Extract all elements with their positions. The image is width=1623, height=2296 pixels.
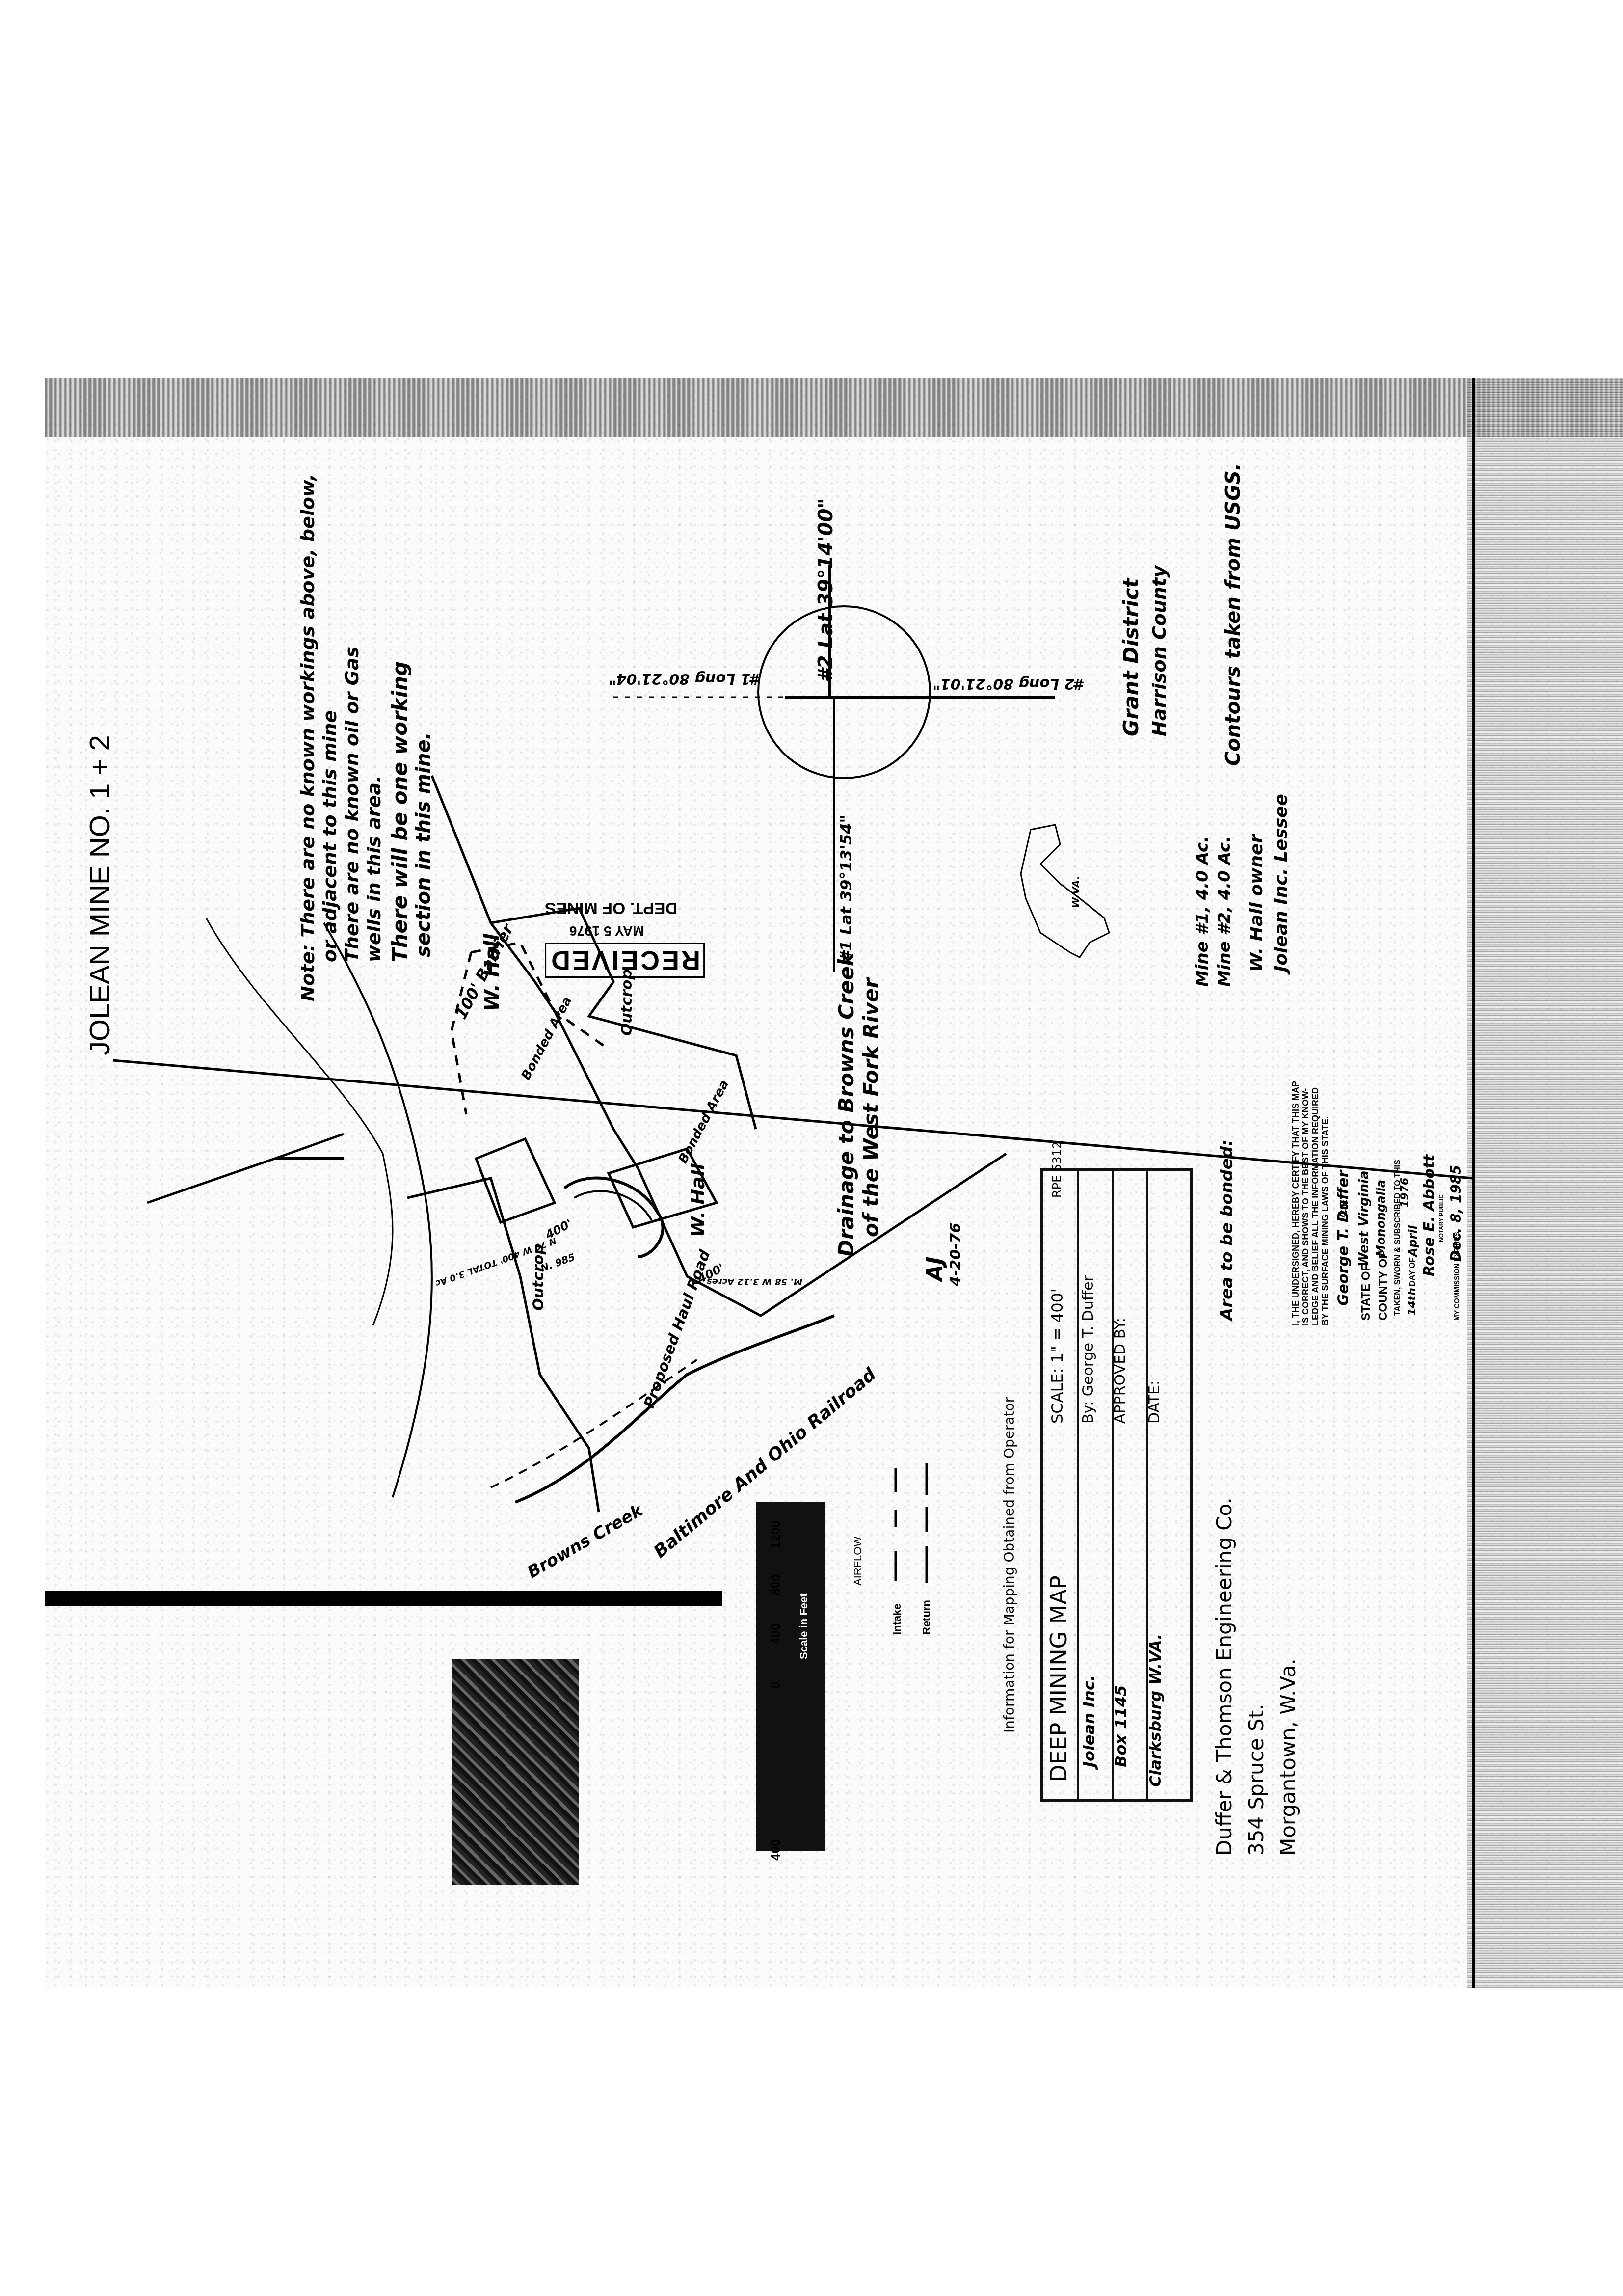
title-block-city: Clarksburg W.VA. xyxy=(1146,1634,1165,1787)
title-block-company: Jolean Inc. xyxy=(1080,1675,1098,1767)
county-label: Harrison County xyxy=(1148,566,1170,736)
notary-label: NOTARY PUBLIC xyxy=(1438,1194,1445,1242)
contours-note: Contours taken from USGS. xyxy=(1222,463,1245,766)
owner-line: W. Hall owner xyxy=(1247,835,1267,972)
title-block-heading: DEEP MINING MAP xyxy=(1045,1575,1072,1782)
airflow-legend-title: AIRFLOW xyxy=(851,1537,864,1586)
cert-line-4: BY THE SURFACE MINING LAWS OF THIS STATE… xyxy=(1320,1116,1330,1325)
commission-value: Dec. 8, 1985 xyxy=(1448,1165,1464,1262)
engineer-city: Morgantown, W.Va. xyxy=(1276,1658,1300,1856)
district-label: Grant District xyxy=(1119,578,1143,736)
stamp-date: MAY 5 1976 xyxy=(569,923,644,939)
title-block-approved: APPROVED BY: xyxy=(1112,1318,1129,1424)
info-line: Information for Mapping Obtained from Op… xyxy=(1001,1397,1017,1733)
cert-month: April xyxy=(1406,1225,1420,1257)
bonded-heading: Area to be bonded: xyxy=(1217,1139,1237,1321)
note-line-2: or adjacent to this mine xyxy=(319,710,341,962)
title-block-date: DATE: xyxy=(1146,1380,1163,1424)
map-title: JOLEAN MINE NO. 1 + 2 xyxy=(83,735,116,1055)
cert-county-value: Monongalia xyxy=(1374,1180,1388,1257)
long-2-label: #2 Long 80°21'01" xyxy=(932,675,1085,692)
cert-suffix: C.E. xyxy=(1337,1196,1350,1217)
return-label: Return xyxy=(920,1600,933,1635)
acreage-label-2: M. 58 W 3.12 Acres xyxy=(707,1276,802,1287)
cert-day: 14th xyxy=(1406,1288,1418,1316)
lat-2-label: #2 Lat 39°14'00" xyxy=(815,498,837,682)
scale-label-400-neg: 400 xyxy=(768,1839,783,1861)
owner-label-2: W. Hall xyxy=(687,1163,709,1237)
bonded-mine-1: Mine #1, 4.0 Ac. xyxy=(1193,836,1212,987)
photo-block xyxy=(452,1659,579,1885)
note-line-4: wells in this area. xyxy=(363,776,385,962)
title-block-reg: RPE 5312 xyxy=(1050,1141,1064,1198)
notary-signature: Rose E. Abbott xyxy=(1421,1154,1438,1276)
engineer-firm: Duffer & Thomson Engineering Co. xyxy=(1212,1497,1236,1856)
title-block-box: Box 1145 xyxy=(1112,1685,1130,1767)
scale-bar xyxy=(756,1502,825,1851)
scale-caption: Scale in Feet xyxy=(798,1593,810,1659)
cert-signature: George T. Duffer xyxy=(1335,1170,1352,1306)
drainage-line-1: Drainage to Browns Creek xyxy=(834,952,858,1257)
initials: AJ xyxy=(923,1257,948,1281)
note-line-5: There will be one working xyxy=(388,661,412,962)
lessee-line: Jolean Inc. Lessee xyxy=(1271,794,1291,972)
map-linework xyxy=(0,0,1623,2296)
bonded-mine-2: Mine #2, 4.0 Ac. xyxy=(1215,836,1234,987)
title-block-scale: SCALE: 1" = 400' xyxy=(1048,1288,1066,1424)
outcrop-label-1: Outcrop xyxy=(618,969,636,1036)
lat-1-label: #1 Lat 39°13'54" xyxy=(837,815,855,962)
stamp-dept: DEPT. OF MINES xyxy=(545,898,677,918)
scale-label-0: 0 xyxy=(768,1682,783,1689)
scale-label-800: 800 xyxy=(768,1574,783,1595)
cert-state-label: STATE OF xyxy=(1359,1264,1373,1321)
state-inset-label: W.VA. xyxy=(1070,876,1082,909)
cert-county-label: COUNTY OF xyxy=(1377,1251,1390,1321)
note-line-6: section in this mine. xyxy=(412,732,435,957)
scale-label-400: 400 xyxy=(768,1623,783,1645)
drainage-line-2: of the West Fork River xyxy=(859,978,883,1237)
cert-day-of: DAY OF xyxy=(1409,1257,1417,1286)
note-line-1: Note: There are no known workings above,… xyxy=(297,474,319,1001)
cert-year: 1976 xyxy=(1399,1178,1411,1208)
long-1-label: #1 Long 80°21'04" xyxy=(609,670,761,687)
cert-state-value: West Virginia xyxy=(1357,1171,1372,1267)
cert-line-1: I, THE UNDERSIGNED, HEREBY CERTIFY THAT … xyxy=(1291,1081,1301,1325)
cert-line-3: LEDGE AND BELIEF ALL THE INFORMATION REQ… xyxy=(1310,1087,1321,1325)
title-block-by: By: George T. Duffer xyxy=(1080,1275,1097,1424)
engineer-street: 354 Spruce St. xyxy=(1244,1704,1268,1856)
cert-line-2: IS CORRECT, AND SHOWS TO THE BEST OF MY … xyxy=(1301,1088,1311,1325)
outcrop-label-2: Outcrop xyxy=(530,1244,547,1311)
initials-date: 4-20-76 xyxy=(947,1223,964,1286)
scale-label-1200: 1200 xyxy=(768,1520,783,1549)
owner-label-1: W. Hall xyxy=(481,934,504,1011)
note-line-3: There are no known oil or Gas xyxy=(341,647,363,962)
intake-label: Intake xyxy=(891,1603,904,1635)
